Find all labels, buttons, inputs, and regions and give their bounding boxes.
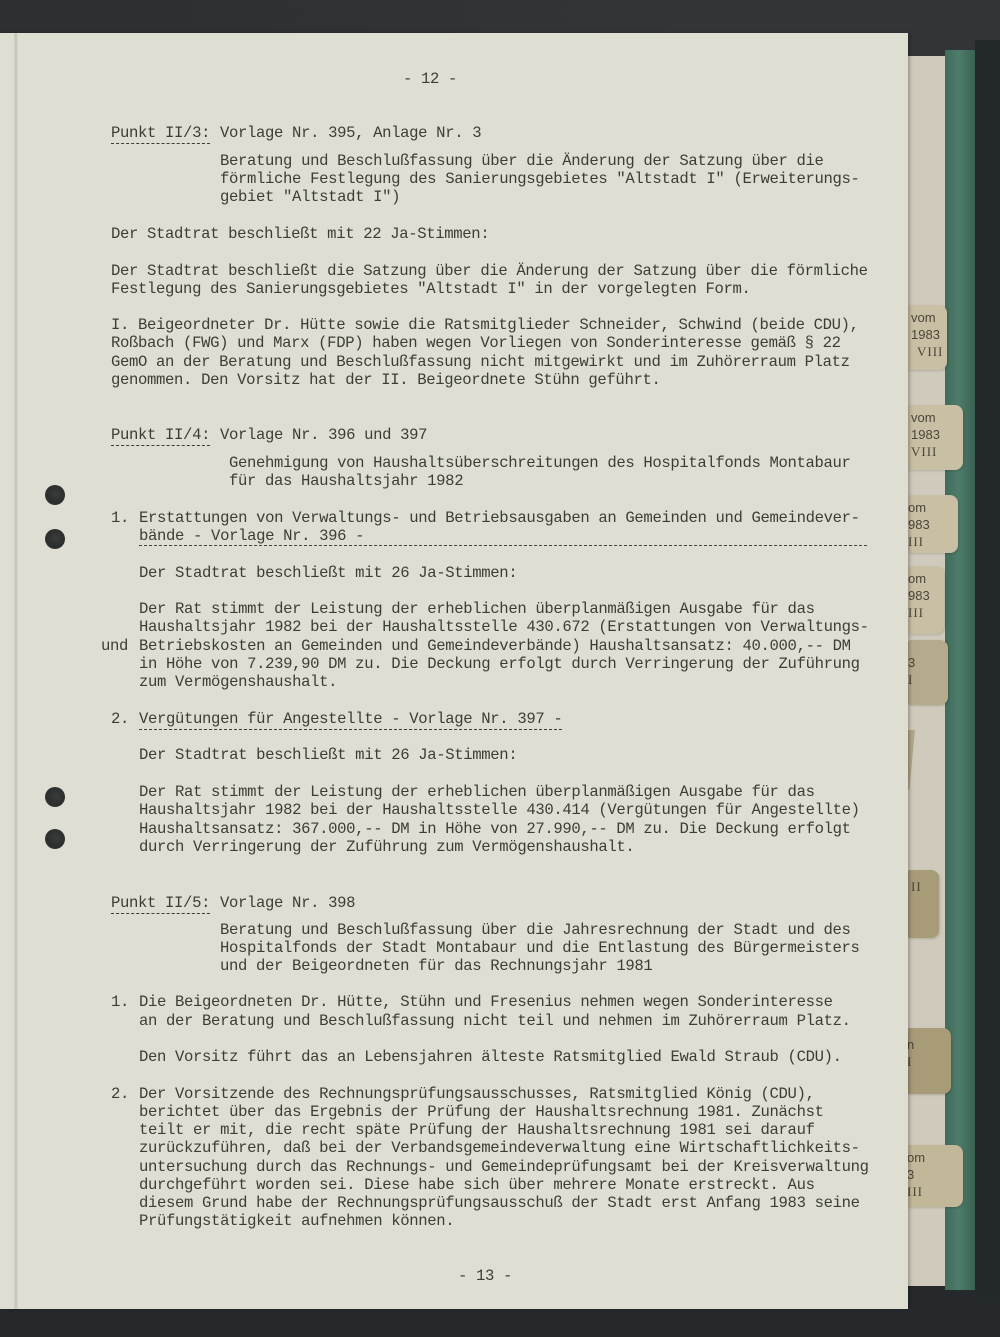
section-heading: Vorlage Nr. 395, Anlage Nr. 3 [220, 124, 481, 143]
item-text: Haushaltsansatz: 367.000,-- DM in Höhe v… [139, 820, 851, 839]
index-tab[interactable]: 3 I [908, 640, 948, 705]
item-text: Der Rat stimmt der Leistung der erheblic… [139, 783, 815, 802]
index-tab[interactable]: n I [907, 1028, 951, 1094]
tab-label: vom [911, 309, 947, 326]
item-number: 1. [111, 993, 129, 1012]
item-title: Vergütungen für Angestellte - Vorlage Nr… [139, 710, 562, 730]
section-label: Punkt II/5: [111, 894, 210, 914]
item-text: zurückzuführen, daß bei der Verbandsgeme… [139, 1139, 860, 1158]
tab-roman: I [907, 1053, 951, 1070]
tab-year: 1983 [911, 326, 947, 343]
item-text: in Höhe von 7.239,90 DM zu. Die Deckung … [139, 655, 860, 674]
tab-year: 983 [908, 516, 958, 533]
item-text: Betriebskosten an Gemeinden und Gemeinde… [139, 637, 851, 656]
item-text: durchgeführt worden sei. Diese habe sich… [139, 1176, 815, 1195]
item-text: untersuchung durch das Rechnungs- und Ge… [139, 1158, 869, 1177]
item-number: 2. [111, 1085, 129, 1104]
section-heading: Vorlage Nr. 398 [220, 894, 355, 913]
item-text: Die Beigeordneten Dr. Hütte, Stühn und F… [139, 993, 833, 1012]
section-subject: Beratung und Beschlußfassung über die Ja… [220, 921, 851, 940]
item-text: teilt er mit, die recht späte Prüfung de… [139, 1121, 815, 1140]
index-tab[interactable]: II [907, 870, 939, 938]
section-subject: Hospitalfonds der Stadt Montabaur und di… [220, 939, 860, 958]
item-text: diesem Grund habe der Rechnungsprüfungsa… [139, 1194, 860, 1213]
tab-year: 983 [908, 587, 944, 604]
item-number: 1. [111, 509, 129, 528]
item-title: Erstattungen von Verwaltungs- und Betrie… [139, 509, 860, 528]
tab-label: om [908, 499, 958, 516]
section-label: Punkt II/3: [111, 124, 210, 144]
section-label: Punkt II/4: [111, 426, 210, 446]
underline-rule [139, 545, 867, 546]
tab-roman: III [908, 533, 958, 550]
document-text: - 12 - Punkt II/3: Vorlage Nr. 395, Anla… [0, 0, 908, 1337]
binder-cover-edge [975, 40, 1000, 1300]
tab-label: om [908, 570, 944, 587]
note-text: I. Beigeordneter Dr. Hütte sowie die Rat… [111, 316, 859, 335]
item-text: Prüfungstätigkeit aufnehmen können. [139, 1212, 454, 1231]
tab-roman: II [911, 878, 939, 895]
section-subject: gebiet "Altstadt I") [220, 188, 400, 207]
index-tab[interactable]: vom 1983 VIII [905, 305, 947, 370]
item-text: Der Vorsitzende des Rechnungsprüfungsaus… [139, 1085, 815, 1104]
item-text: berichtet über das Ergebnis der Prüfung … [139, 1103, 824, 1122]
item-text: Haushaltsjahr 1982 bei der Haushaltsstel… [139, 801, 860, 820]
section-subject: für das Haushaltsjahr 1982 [229, 472, 463, 491]
margin-word: und [101, 637, 128, 656]
tab-year: 3 [907, 1166, 963, 1183]
index-tab[interactable]: om 3 III [907, 1145, 963, 1207]
tab-label: vom [911, 409, 963, 426]
item-number: 2. [111, 710, 129, 729]
section-subject: und der Beigeordneten für das Rechnungsj… [220, 957, 652, 976]
page-number-top: - 12 - [403, 70, 457, 89]
tab-label: n [907, 1036, 951, 1053]
tab-roman: I [908, 671, 948, 688]
index-tab[interactable]: om 983 III [908, 495, 958, 553]
vote-statement: Der Stadtrat beschließt mit 22 Ja-Stimme… [111, 225, 489, 244]
index-tab[interactable]: om 983 III [908, 566, 944, 634]
item-text: Haushaltsjahr 1982 bei der Haushaltsstel… [139, 618, 869, 637]
note-text: GemO an der Beratung und Beschlußfassung… [111, 353, 850, 372]
item-text: Der Rat stimmt der Leistung der erheblic… [139, 600, 815, 619]
vote-statement: Der Stadtrat beschließt mit 26 Ja-Stimme… [139, 746, 517, 765]
tab-roman: VIII [911, 443, 963, 460]
vote-statement: Der Stadtrat beschließt mit 26 Ja-Stimme… [139, 564, 517, 583]
index-tab[interactable]: vom 1983 VIII [905, 405, 963, 470]
tab-roman: VIII [911, 343, 947, 360]
section-subject: förmliche Festlegung des Sanierungsgebie… [220, 170, 860, 189]
note-text: genommen. Den Vorsitz hat der II. Beigeo… [111, 371, 660, 390]
note-text: Roßbach (FWG) und Marx (FDP) haben wegen… [111, 334, 841, 353]
tab-year: 1983 [911, 426, 963, 443]
resolution-text: Festlegung des Sanierungsgebietes "Altst… [111, 280, 751, 299]
tab-roman: III [908, 604, 944, 621]
binder-green-board [945, 50, 975, 1290]
item-text: an der Beratung und Beschlußfassung nich… [139, 1012, 851, 1031]
item-text: durch Verringerung der Zuführung zum Ver… [139, 838, 634, 857]
item-text: zum Vermögenshaushalt. [139, 673, 337, 692]
section-subject: Beratung und Beschlußfassung über die Än… [220, 152, 824, 171]
tab-roman: III [907, 1183, 963, 1200]
resolution-text: Der Stadtrat beschließt die Satzung über… [111, 262, 868, 281]
section-heading: Vorlage Nr. 396 und 397 [220, 426, 427, 445]
page-number-bottom: - 13 - [458, 1267, 512, 1286]
item-title: bände - Vorlage Nr. 396 - [139, 527, 364, 546]
item-extra: Den Vorsitz führt das an Lebensjahren äl… [139, 1048, 842, 1067]
tab-label: om [907, 1149, 963, 1166]
tab-year: 3 [908, 654, 948, 671]
section-subject: Genehmigung von Haushaltsüberschreitunge… [229, 454, 851, 473]
